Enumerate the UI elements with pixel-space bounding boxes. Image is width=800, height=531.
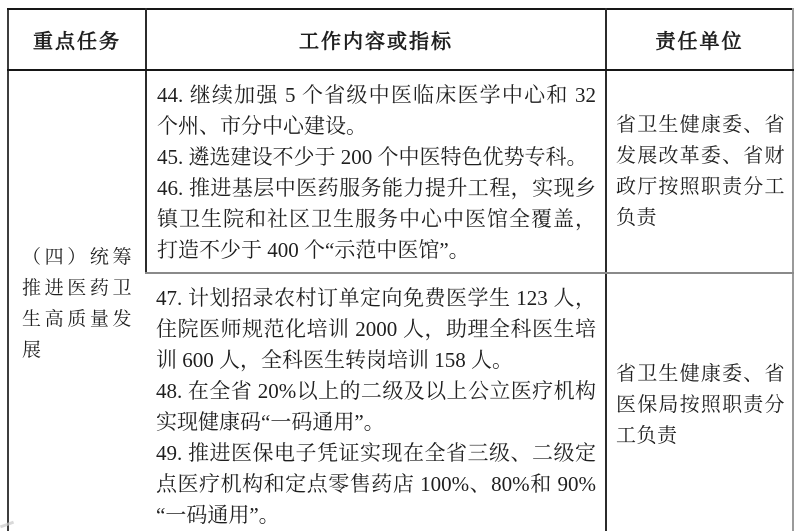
work-content-cell: 47. 计划招录农村订单定向免费医学生 123 人，住院医师规范化培训 2000… [146, 273, 606, 531]
responsible-unit-text: 省卫生健康委、省医保局按照职责分工负责 [616, 359, 785, 452]
header-responsible-unit: 责任单位 [606, 9, 793, 70]
table-header-row: 重点任务 工作内容或指标 责任单位 [8, 9, 793, 70]
responsible-unit-cell: 省卫生健康委、省医保局按照职责分工负责 [606, 273, 793, 531]
key-tasks-table: 重点任务 工作内容或指标 责任单位 （四）统筹推进医药卫生高质量发展 44. 继… [7, 8, 794, 531]
work-item-44: 44. 继续加强 5 个省级中医临床医学中心和 32 个州、市分中心建设。 [157, 80, 596, 142]
scanned-document-page: 重点任务 工作内容或指标 责任单位 （四）统筹推进医药卫生高质量发展 44. 继… [0, 0, 800, 531]
header-key-tasks: 重点任务 [8, 9, 146, 70]
work-item-46: 46. 推进基层中医药服务能力提升工程，实现乡镇卫生院和社区卫生服务中心中医馆全… [157, 173, 596, 266]
responsible-unit-text: 省卫生健康委、省发展改革委、省财政厅按照职责分工负责 [616, 110, 785, 234]
responsible-unit-cell: 省卫生健康委、省发展改革委、省财政厅按照职责分工负责 [606, 70, 793, 273]
work-item-45: 45. 遴选建设不少于 200 个中医特色优势专科。 [157, 142, 596, 173]
work-item-47: 47. 计划招录农村订单定向免费医学生 123 人，住院医师规范化培训 2000… [156, 283, 596, 376]
work-content-cell: 44. 继续加强 5 个省级中医临床医学中心和 32 个州、市分中心建设。 45… [146, 70, 606, 273]
task-group-cell: （四）统筹推进医药卫生高质量发展 [8, 70, 146, 531]
header-work-content: 工作内容或指标 [146, 9, 606, 70]
work-item-49: 49. 推进医保电子凭证实现在全省三级、二级定点医疗机构和定点零售药店 100%… [156, 438, 596, 531]
table-row: （四）统筹推进医药卫生高质量发展 44. 继续加强 5 个省级中医临床医学中心和… [8, 70, 793, 273]
work-item-48: 48. 在全省 20%以上的二级及以上公立医疗机构实现健康码“一码通用”。 [156, 376, 596, 438]
task-group-label: （四）统筹推进医药卫生高质量发展 [22, 242, 132, 366]
